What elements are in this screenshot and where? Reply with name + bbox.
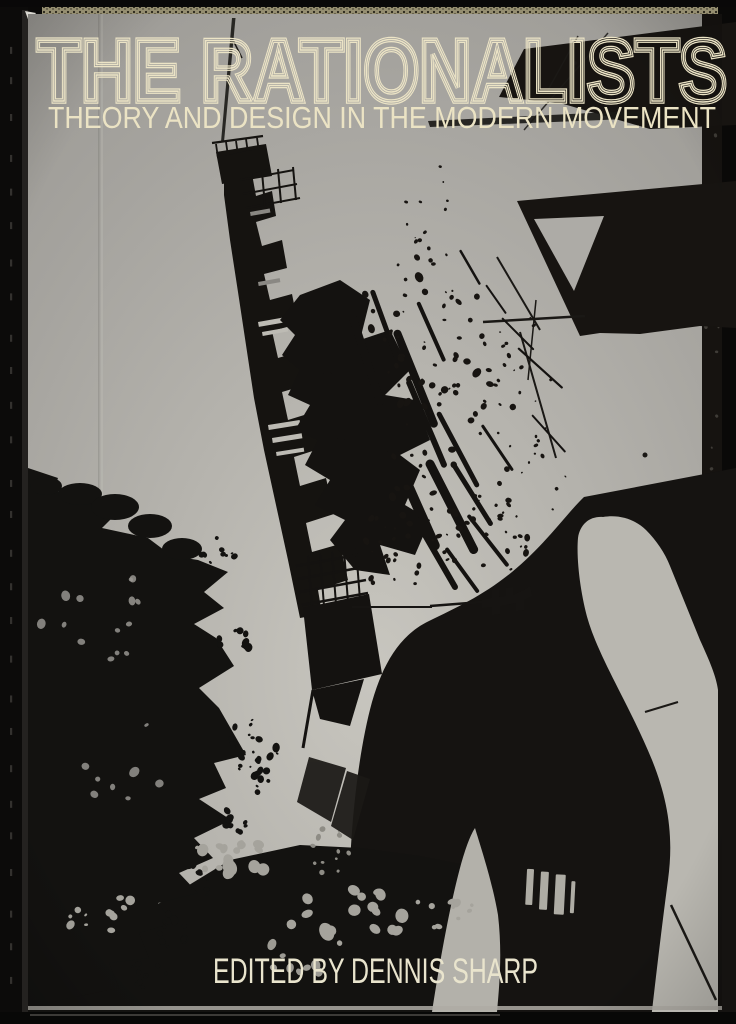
stitch-tick — [10, 402, 12, 409]
stitch-tick — [10, 765, 12, 772]
stitch-tick — [10, 222, 12, 229]
bottom-table-line — [30, 1014, 500, 1016]
stitch-tick — [10, 977, 12, 984]
stitch-tick — [10, 47, 12, 54]
stitch-tick — [10, 155, 12, 162]
spine-highlight — [22, 10, 28, 1014]
stitch-tick — [10, 77, 12, 84]
stitch-tick — [10, 189, 12, 196]
stitch-tick — [10, 583, 12, 590]
stitch-tick — [10, 943, 12, 950]
stitch-tick — [10, 550, 12, 557]
stitch-tick — [10, 801, 12, 808]
stitch-tick — [10, 511, 12, 518]
photo-vignette — [28, 14, 722, 1010]
stitch-tick — [10, 436, 12, 443]
top-black-strip — [0, 0, 736, 7]
subtitle-lettering: THEORY AND DESIGN IN THE MODERN MOVEMENT — [48, 100, 716, 135]
stitch-tick — [10, 260, 12, 267]
cover-artwork: THE RATIONALISTS THE RATIONALISTS THE RA… — [0, 0, 736, 1024]
stitch-tick — [10, 695, 12, 702]
stitch-tick — [10, 911, 12, 918]
stitch-tick — [10, 656, 12, 663]
stitch-tick — [10, 480, 12, 487]
stitch-tick — [10, 335, 12, 342]
stitch-tick — [10, 293, 12, 300]
stitch-tick — [10, 617, 12, 624]
stitch-tick — [10, 728, 12, 735]
stitch-tick — [10, 114, 12, 121]
book-cover-photo: THE RATIONALISTS THE RATIONALISTS THE RA… — [0, 0, 736, 1024]
stitch-tick — [10, 869, 12, 876]
bottom-black-strip — [0, 1012, 736, 1024]
stitch-tick — [10, 367, 12, 374]
stitch-tick — [10, 832, 12, 839]
editor-credit-lettering: EDITED BY DENNIS SHARP — [213, 952, 538, 991]
